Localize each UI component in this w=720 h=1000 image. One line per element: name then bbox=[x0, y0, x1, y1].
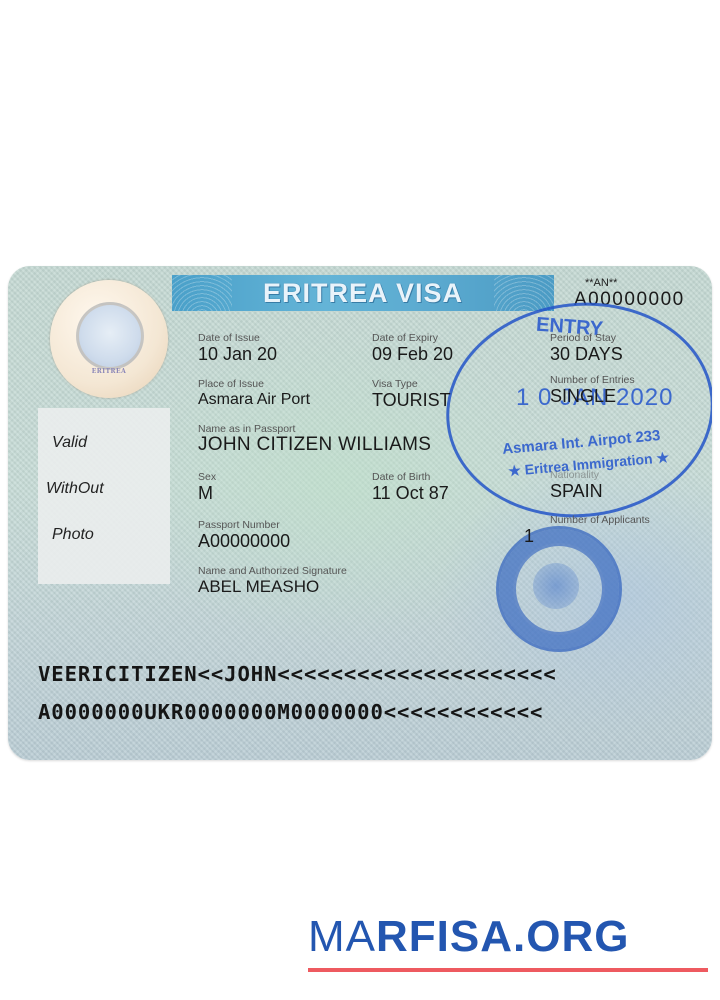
hologram-center bbox=[76, 302, 144, 370]
field-date-of-expiry: Date of Expiry 09 Feb 20 bbox=[372, 332, 453, 364]
field-signature: Name and Authorized Signature ABEL MEASH… bbox=[198, 565, 347, 597]
field-date-of-birth: Date of Birth 11 Oct 87 bbox=[372, 471, 449, 503]
brand-underline bbox=[308, 968, 708, 972]
field-visa-type: Visa Type TOURIST bbox=[372, 378, 451, 410]
brand-text-bold: RFISA.ORG bbox=[376, 912, 629, 961]
mrz-line-1: VEERICITIZEN<<JOHN<<<<<<<<<<<<<<<<<<<<< bbox=[38, 662, 557, 686]
brand-logo: MARFISA.ORG bbox=[308, 912, 629, 962]
hologram-seal-icon: ERITREA bbox=[50, 280, 168, 398]
photo-text-photo: Photo bbox=[52, 526, 170, 544]
brand-text-light: MA bbox=[308, 912, 376, 961]
an-label: **AN** bbox=[585, 277, 617, 289]
field-place-of-issue: Place of Issue Asmara Air Port bbox=[198, 378, 310, 410]
field-sex: Sex M bbox=[198, 471, 216, 503]
field-passport-number: Passport Number A00000000 bbox=[198, 519, 290, 551]
visa-card: ERITREA VISA **AN** A00000000 ERITREA Va… bbox=[8, 266, 712, 760]
field-number-of-applicants: Number of Applicants 1 bbox=[550, 514, 650, 546]
field-date-of-issue: Date of Issue 10 Jan 20 bbox=[198, 332, 277, 364]
visa-title: ERITREA VISA bbox=[263, 278, 463, 309]
photo-text-without: WithOut bbox=[46, 480, 170, 498]
visa-title-banner: ERITREA VISA bbox=[172, 275, 554, 311]
field-nationality: Nationality SPAIN bbox=[550, 469, 603, 501]
field-name: Name as in Passport JOHN CITIZEN WILLIAM… bbox=[198, 423, 431, 455]
seal-text: ERITREA bbox=[50, 368, 168, 375]
field-period-of-stay: Period of Stay 30 DAYS bbox=[550, 332, 623, 364]
field-number-of-entries: Number of Entries SINGLE bbox=[550, 374, 635, 406]
photo-placeholder: Valid WithOut Photo bbox=[38, 408, 170, 584]
mrz-line-2: A0000000UKR0000000M0000000<<<<<<<<<<<< bbox=[38, 700, 543, 724]
seal-emblem bbox=[533, 563, 579, 609]
photo-text-valid: Valid bbox=[52, 434, 170, 452]
